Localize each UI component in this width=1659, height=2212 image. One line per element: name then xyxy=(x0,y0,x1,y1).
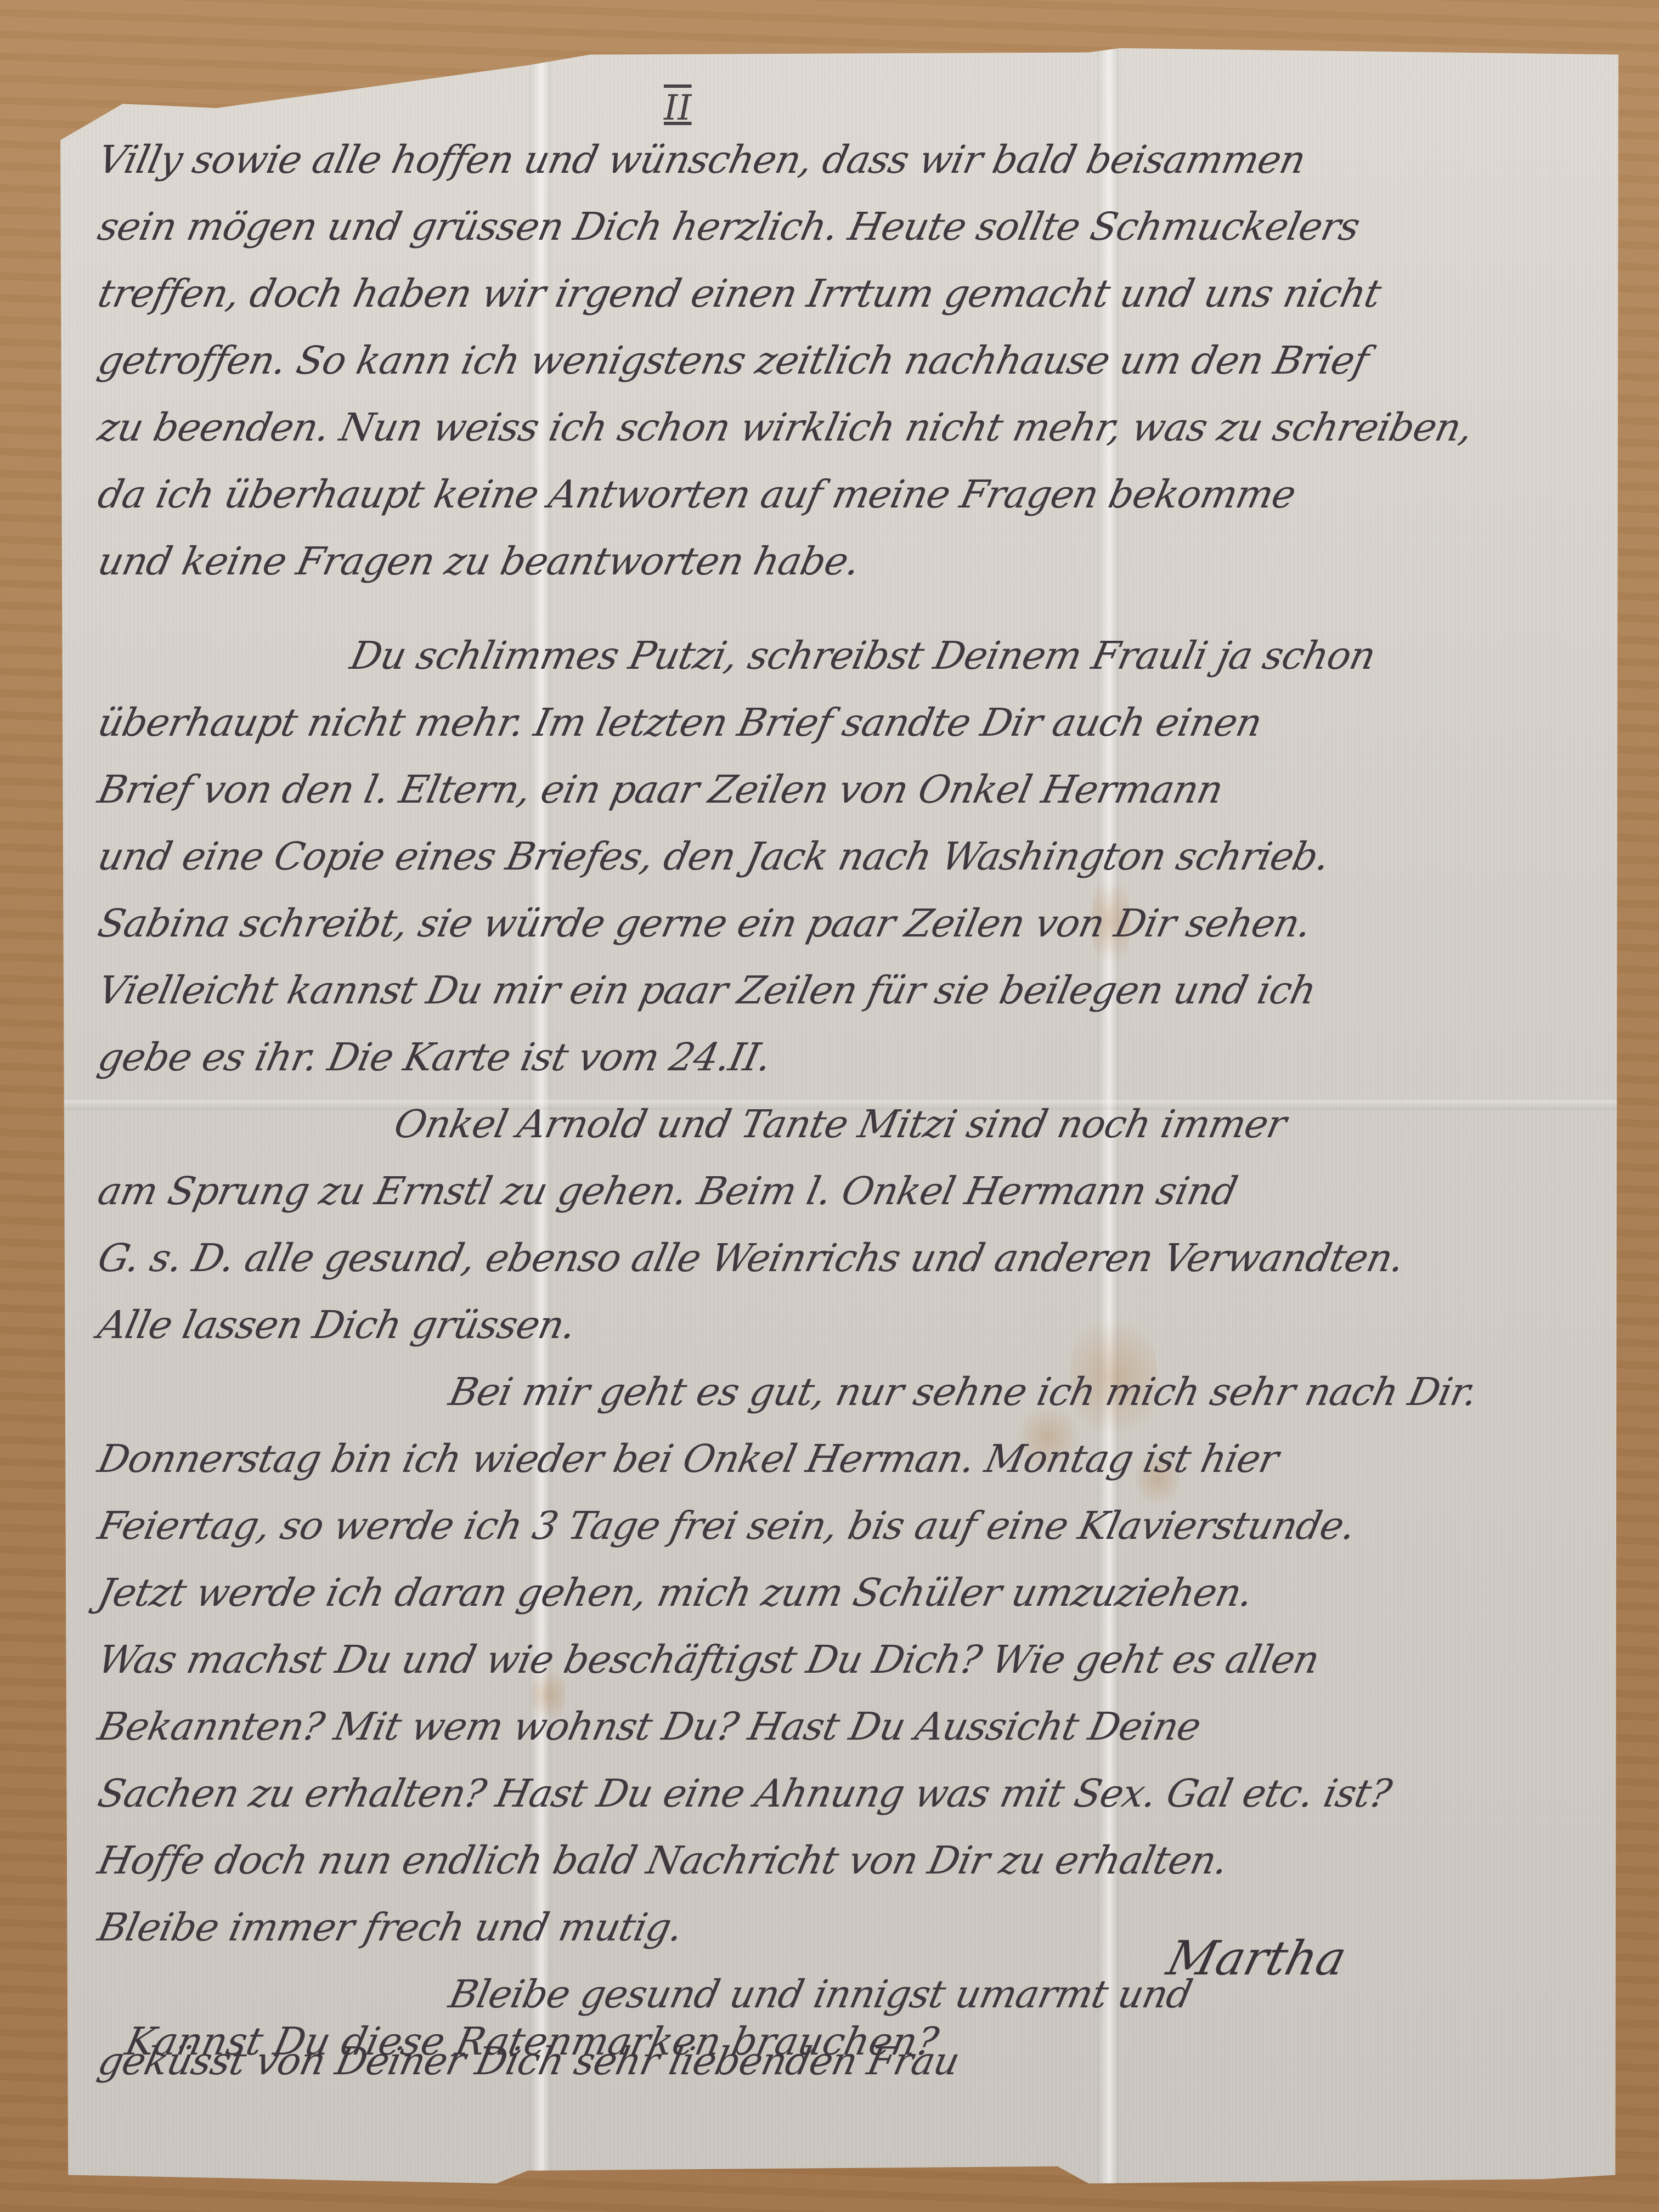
letter-line: Du schlimmes Putzi, schreibst Deinem Fra… xyxy=(92,622,1598,689)
page-number: II xyxy=(664,88,692,128)
letter-line: Jetzt werde ich daran gehen, mich zum Sc… xyxy=(92,1559,1598,1626)
letter-line: Bekannten? Mit wem wohnst Du? Hast Du Au… xyxy=(92,1693,1598,1760)
postscript: Kannst Du diese Ratenmarken brauchen? xyxy=(121,2019,942,2064)
letter-line: und eine Copie eines Briefes, den Jack n… xyxy=(92,823,1598,890)
letter-line: Onkel Arnold und Tante Mitzi sind noch i… xyxy=(92,1091,1598,1158)
letter-line: zu beenden. Nun weiss ich schon wirklich… xyxy=(92,394,1598,461)
letter-line: Sabina schreibt, sie würde gerne ein paa… xyxy=(92,890,1598,957)
letter-line: Bleibe gesund und innigst umarmt und xyxy=(92,1961,1598,2028)
letter-line: treffen, doch haben wir irgend einen Irr… xyxy=(92,260,1598,327)
letter-line: Bleibe immer frech und mutig. xyxy=(92,1894,1598,1961)
letter-line: Villy sowie alle hoffen und wünschen, da… xyxy=(92,126,1598,193)
letter-line: Vielleicht kannst Du mir ein paar Zeilen… xyxy=(92,957,1598,1024)
letter-line: Feiertag, so werde ich 3 Tage frei sein,… xyxy=(92,1492,1598,1559)
letter-line: Bei mir geht es gut, nur sehne ich mich … xyxy=(92,1358,1598,1425)
letter-line: Was machst Du und wie beschäftigst Du Di… xyxy=(92,1626,1598,1693)
letter-line: Donnerstag bin ich wieder bei Onkel Herm… xyxy=(92,1425,1598,1492)
letter-line: gebe es ihr. Die Karte ist vom 24.II. xyxy=(92,1024,1598,1091)
letter-sheet: II Villy sowie alle hoffen und wünschen,… xyxy=(60,44,1618,2183)
letter-line: G. s. D. alle gesund, ebenso alle Weinri… xyxy=(92,1224,1598,1291)
letter-line: am Sprung zu Ernstl zu gehen. Beim l. On… xyxy=(92,1158,1598,1224)
letter-line: Alle lassen Dich grüssen. xyxy=(92,1291,1598,1358)
letter-line: da ich überhaupt keine Antworten auf mei… xyxy=(92,461,1598,528)
letter-line: Hoffe doch nun endlich bald Nachricht vo… xyxy=(92,1827,1598,1894)
letter-line: Sachen zu erhalten? Hast Du eine Ahnung … xyxy=(92,1760,1598,1827)
letter-line: Brief von den l. Eltern, ein paar Zeilen… xyxy=(92,756,1598,823)
letter-line: und keine Fragen zu beantworten habe. xyxy=(92,528,1598,595)
letter-line: getroffen. So kann ich wenigstens zeitli… xyxy=(92,327,1598,394)
signature: Martha xyxy=(1162,1931,1352,1986)
letter-line: sein mögen und grüssen Dich herzlich. He… xyxy=(92,193,1598,260)
letter-line: überhaupt nicht mehr. Im letzten Brief s… xyxy=(92,689,1598,756)
letter-body: Villy sowie alle hoffen und wünschen, da… xyxy=(99,126,1591,2095)
